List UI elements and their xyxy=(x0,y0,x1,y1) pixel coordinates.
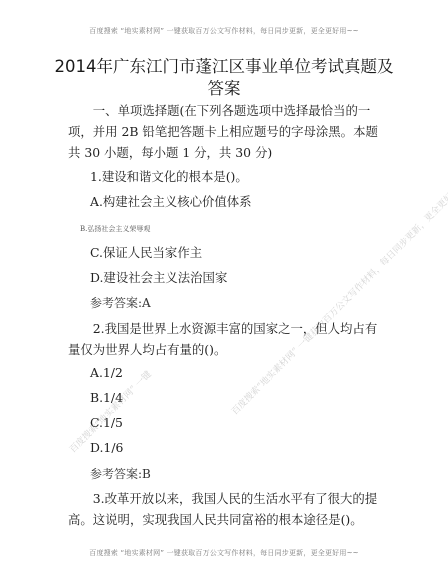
question-1-stem: 1.建设和谐文化的根本是()。 xyxy=(90,167,248,185)
section-intro: 一、单项选择题(在下列各题选项中选择最恰当的一项，并用 2B 铅笔把答题卡上相应… xyxy=(68,100,386,163)
title-line-2: 答案 xyxy=(40,78,408,100)
question-1-option-a: A.构建社会主义核心价值体系 xyxy=(90,192,252,210)
watermark-right: 百度搜索“地实素材网” 一键获取百万公文写作材料，每日同步更新，更全更好用 xyxy=(228,183,448,417)
question-2-option-d: D.1/6 xyxy=(90,440,123,455)
question-2-option-c: C.1/5 xyxy=(90,415,123,430)
question-3-stem: 3.改革开放以来，我国人民的生活水平有了很大的提高。这说明，实现我国人民共同富裕… xyxy=(68,488,386,530)
document-page: 百度搜索 “地实素材网” 一键获取百万公文写作材料，每日同步更新，更全更好用~~… xyxy=(0,0,448,580)
question-2-answer: 参考答案:B xyxy=(90,465,151,482)
question-2-option-b: B.1/4 xyxy=(90,390,123,405)
question-1-option-b: B.弘扬社会主义荣辱观 xyxy=(80,224,150,234)
header-banner: 百度搜索 “地实素材网” 一键获取百万公文写作材料，每日同步更新，更全更好用~~ xyxy=(0,26,448,36)
question-2-stem: 2.我国是世界上水资源丰富的国家之一，但人均占有量仅为世界人均占有量的()。 xyxy=(68,318,386,360)
question-1-option-d: D.建设社会主义法治国家 xyxy=(90,268,227,286)
question-1-option-c: C.保证人民当家作主 xyxy=(90,243,202,261)
footer-banner: 百度搜索 “地实素材网” 一键获取百万公文写作材料，每日同步更新，更全更好用~~ xyxy=(0,548,448,558)
question-1-answer: 参考答案:A xyxy=(90,294,151,311)
question-2-option-a: A.1/2 xyxy=(90,365,123,380)
document-title: 2014年广东江门市蓬江区事业单位考试真题及 答案 xyxy=(40,56,408,100)
title-line-1: 2014年广东江门市蓬江区事业单位考试真题及 xyxy=(40,56,408,78)
